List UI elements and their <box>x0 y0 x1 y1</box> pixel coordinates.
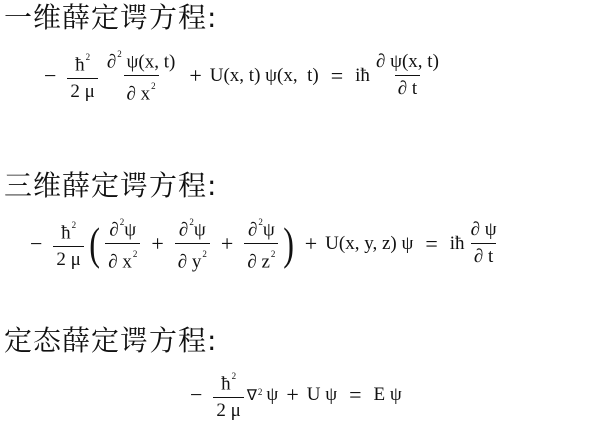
superscript: 2 <box>202 249 207 259</box>
plus-sign: + <box>286 382 298 408</box>
hbar-symbol: ħ <box>75 54 85 75</box>
heading-3d-schrodinger: 三维薛定谔方程: <box>4 170 217 202</box>
rhs-denominator: ∂ t <box>471 243 496 268</box>
superscript: 2 <box>120 217 125 227</box>
variable: x <box>136 84 150 105</box>
coefficient-fraction: ħ2 2 μ <box>67 49 97 103</box>
superscript: 2 <box>189 217 194 227</box>
equals-sign: = <box>331 63 343 89</box>
potential-term: U(x, t) ψ(x, t) <box>210 65 319 87</box>
d2-dz2-fraction: ∂2ψ ∂ z2 <box>244 214 278 274</box>
partial-symbol: ∂ <box>109 219 118 240</box>
time-derivative-fraction: ∂ ψ ∂ t <box>468 219 500 268</box>
psi: ψ <box>124 219 136 240</box>
hbar-symbol: ħ <box>221 373 231 394</box>
rhs-denominator: ∂ t <box>395 75 420 100</box>
partial-symbol: ∂ <box>247 252 256 273</box>
partial-symbol: ∂ <box>178 252 187 273</box>
psi: ψ <box>263 219 275 240</box>
time-derivative-fraction: ∂ ψ(x, t) ∂ t <box>373 51 442 100</box>
coefficient-fraction: ħ2 2 μ <box>213 368 243 422</box>
energy-term: E ψ <box>374 384 402 406</box>
plus-sign: + <box>221 231 233 257</box>
plus-sign: + <box>189 63 201 89</box>
variable: z <box>257 252 270 273</box>
minus-sign: − <box>30 231 42 257</box>
superscript: 2 <box>258 387 263 397</box>
superscript: 2 <box>117 49 122 59</box>
superscript: 2 <box>271 249 276 259</box>
partial-symbol: ∂ <box>107 51 116 72</box>
equation-1d: − ħ2 2 μ ∂2 ψ(x, t) ∂ x2 + U(x, t) ψ(x, … <box>44 46 445 106</box>
coefficient-denominator: 2 μ <box>213 397 243 422</box>
equals-sign: = <box>425 231 437 257</box>
superscript: 2 <box>133 249 138 259</box>
heading-stationary-schrodinger: 定态薛定谔方程: <box>4 325 217 357</box>
superscript: 2 <box>86 52 91 62</box>
psi: ψ <box>194 219 206 240</box>
variable: x <box>118 252 132 273</box>
partial-symbol: ∂ <box>179 219 188 240</box>
open-paren: ( <box>89 221 100 267</box>
rhs-numerator: ∂ ψ(x, t) <box>373 51 442 75</box>
plus-sign: + <box>151 231 163 257</box>
superscript: 2 <box>151 81 156 91</box>
plus-sign: + <box>305 231 317 257</box>
d2-dy2-fraction: ∂2ψ ∂ y2 <box>175 214 210 274</box>
rhs-numerator: ∂ ψ <box>468 219 500 243</box>
second-derivative-fraction: ∂2 ψ(x, t) ∂ x2 <box>104 46 178 106</box>
heading-1d-schrodinger: 一维薛定谔方程: <box>4 2 217 34</box>
superscript: 2 <box>258 217 263 227</box>
partial-symbol: ∂ <box>248 219 257 240</box>
wavefunction: ψ(x, t) <box>122 51 176 72</box>
minus-sign: − <box>190 382 202 408</box>
i-hbar: iħ <box>355 65 370 87</box>
coefficient-denominator: 2 μ <box>53 246 83 271</box>
partial-symbol: ∂ <box>108 252 117 273</box>
i-hbar: iħ <box>450 233 465 255</box>
equals-sign: = <box>349 382 361 408</box>
equation-3d: − ħ2 2 μ ( ∂2ψ ∂ x2 + ∂2ψ ∂ y2 + ∂2ψ ∂ z… <box>30 214 503 274</box>
superscript: 2 <box>72 220 77 230</box>
coefficient-fraction: ħ2 2 μ <box>53 217 83 271</box>
potential-term: U ψ <box>307 384 337 406</box>
d2-dx2-fraction: ∂2ψ ∂ x2 <box>105 214 140 274</box>
coefficient-denominator: 2 μ <box>67 78 97 103</box>
close-paren: ) <box>284 221 295 267</box>
hbar-symbol: ħ <box>61 222 71 243</box>
equation-stationary: − ħ2 2 μ ∇2 ψ + U ψ = E ψ <box>190 368 402 422</box>
superscript: 2 <box>232 371 237 381</box>
partial-symbol: ∂ <box>127 84 136 105</box>
laplacian-symbol: ∇ <box>247 386 257 405</box>
psi: ψ <box>266 384 278 406</box>
minus-sign: − <box>44 63 56 89</box>
variable: y <box>187 252 201 273</box>
potential-term: U(x, y, z) ψ <box>325 233 413 255</box>
